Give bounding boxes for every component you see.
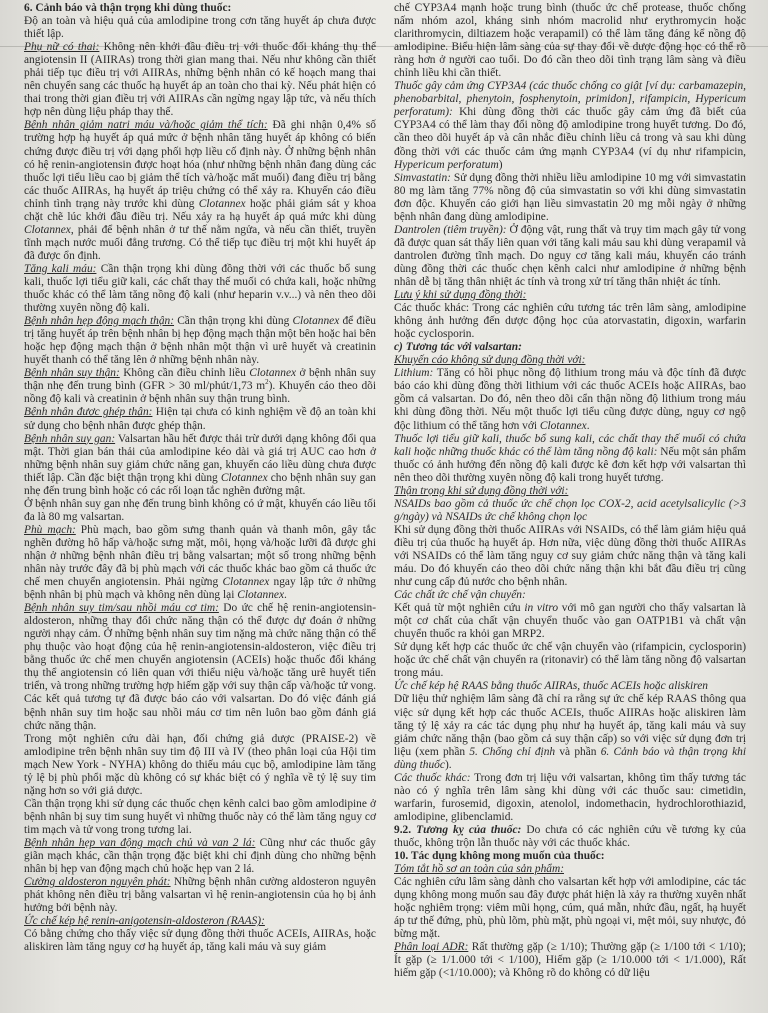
text-run: Các thuốc khác: [394,772,471,784]
text-run: Các chất ức chế vận chuyển: [394,589,526,601]
paragraph: Lithium: Tăng có hồi phục nồng độ lithiu… [394,367,746,432]
paragraph: chế CYP3A4 mạnh hoặc trung bình (thuốc ứ… [394,2,746,80]
paragraph: Sử dụng kết hợp các thuốc ức chế vận chu… [394,641,746,680]
section-label: Bệnh nhân giảm natri máu và/hoặc giảm th… [24,119,268,131]
text-run: 9.2. [394,824,416,836]
paragraph: Kết quả từ một nghiên cứu in vitro với m… [394,602,746,641]
section-label: Bệnh nhân suy tim/sau nhồi máu cơ tim: [24,602,219,614]
text-run: NSAIDs bao gồm cả thuốc ức chế chọn lọc … [394,498,746,523]
paragraph: Cường aldosteron nguyên phát: Những bệnh… [24,876,376,915]
section-label: Bệnh nhân được ghép thận: [24,406,152,418]
text-run: Dantrolen (tiêm truyền): [394,224,507,236]
paragraph: Các thuốc khác: Trong đơn trị liệu với v… [394,772,746,824]
text-run: Tương kỵ của thuốc: [416,824,521,836]
section-heading: 6. Cảnh báo và thận trọng khi dùng thuốc… [24,2,231,14]
section-label: Bệnh nhân suy gan: [24,433,115,445]
text-run: c) Tương tác với valsartan: [394,341,522,353]
text-run: Lithium: [394,367,433,379]
paragraph: Có bằng chứng cho thấy việc sử dụng đồng… [24,928,376,954]
paragraph: Bệnh nhân hẹp động mạch thận: Cần thận t… [24,315,376,367]
text-run: 5. Chống chỉ định [469,746,555,758]
text-run: Do ức chế hệ renin-angiotensin-aldostero… [24,602,376,731]
paragraph: Khuyến cáo không sử dụng đồng thời với: [394,354,746,367]
paragraph: Dữ liệu thử nghiệm lâm sàng đã chỉ ra rằ… [394,693,746,771]
text-run: Hypericum perforatum [394,159,499,171]
section-label: Phân loại ADR: [394,941,468,953]
paragraph: Phù mạch: Phù mạch, bao gồm sưng thanh q… [24,524,376,602]
text-run: Các thuốc khác: Trong các nghiên cứu tươ… [394,302,746,340]
section-label: Phù mạch: [24,524,76,536]
right-column: chế CYP3A4 mạnh hoặc trung bình (thuốc ứ… [394,2,746,981]
leaflet-page: 6. Cảnh báo và thận trọng khi dùng thuốc… [0,0,768,1013]
section-label: Khuyến cáo không sử dụng đồng thời với: [394,354,585,366]
paragraph: Thuốc lợi tiểu giữ kali, thuốc bổ sung k… [394,433,746,485]
paragraph: Khi sử dụng đồng thời thuốc AIIRAs với N… [394,524,746,589]
paragraph: 6. Cảnh báo và thận trọng khi dùng thuốc… [24,2,376,15]
text-run: Clotannex [237,589,284,601]
paragraph: Tóm tắt hồ sơ an toàn của sản phẩm: [394,863,746,876]
text-run: Clotannex [221,472,268,484]
section-label: Tăng kali máu: [24,263,96,275]
paragraph: Tăng kali máu: Cần thận trọng khi dùng đ… [24,263,376,315]
text-run: Clotannex [249,367,296,379]
paragraph: Ức chế kép hệ RAAS bằng thuốc AIIRAs, th… [394,680,746,693]
section-heading: 10. Tác dụng không mong muốn của thuốc: [394,850,605,862]
paragraph: Phân loại ADR: Rất thường gặp (≥ 1/10); … [394,941,746,980]
text-run: Không cần điều chỉnh liều [120,367,249,379]
section-label: Phụ nữ có thai: [24,41,99,53]
text-run: và phần [555,746,601,758]
paragraph: Bệnh nhân được ghép thận: Hiện tại chưa … [24,406,376,432]
paragraph: Bệnh nhân hẹp van động mạch chủ và van 2… [24,837,376,876]
text-run: . [284,589,287,601]
text-run: Đã ghi nhận 0,4% số trường hợp hạ huyết … [24,119,376,209]
text-run: Clotannex [199,198,246,210]
paragraph: Các chất ức chế vận chuyển: [394,589,746,602]
section-label: Bệnh nhân hẹp động mạch thận: [24,315,174,327]
paragraph: Các thuốc khác: Trong các nghiên cứu tươ… [394,302,746,341]
section-label: Thận trọng khi sử dụng đồng thời với: [394,485,568,497]
paragraph: Bệnh nhân giảm natri máu và/hoặc giảm th… [24,119,376,263]
text-run: Các nghiên cứu lâm sàng dành cho valsart… [394,876,746,940]
paragraph: 10. Tác dụng không mong muốn của thuốc: [394,850,746,863]
text-run: Trong một nghiên cứu dài hạn, đối chứng … [24,733,376,797]
section-label: Cường aldosteron nguyên phát: [24,876,171,888]
paragraph: Cần thận trọng khi sử dụng các thuốc chẹ… [24,798,376,837]
text-run: Clotannex [292,315,339,327]
text-run: Ức chế kép hệ RAAS bằng thuốc AIIRAs, th… [394,680,708,692]
paragraph: c) Tương tác với valsartan: [394,341,746,354]
text-run: Kết quả từ một nghiên cứu [394,602,524,614]
paragraph: Dantrolen (tiêm truyền): Ở động vật, run… [394,224,746,289]
text-run: Khi sử dụng đồng thời thuốc AIIRAs với N… [394,524,746,588]
text-run: . [587,420,590,432]
section-label: Bệnh nhân suy thận: [24,367,120,379]
text-run: chế CYP3A4 mạnh hoặc trung bình (thuốc ứ… [394,2,746,79]
text-run: Cần thận trọng khi dùng [174,315,292,327]
text-run: Simvastatin: [394,172,451,184]
text-run: in vitro [524,602,558,614]
paragraph: Bệnh nhân suy gan: Valsartan hầu hết đượ… [24,433,376,498]
paragraph: NSAIDs bao gồm cả thuốc ức chế chọn lọc … [394,498,746,524]
paragraph: Bệnh nhân suy tim/sau nhồi máu cơ tim: D… [24,602,376,732]
left-column: 6. Cảnh báo và thận trọng khi dùng thuốc… [24,2,376,954]
paragraph: Simvastatin: Sử dụng đồng thời nhiều liề… [394,172,746,224]
paragraph: Ức chế kép hệ renin-anigotensin-aldoster… [24,915,376,928]
text-run: Sử dụng kết hợp các thuốc ức chế vận chu… [394,641,746,679]
paragraph: Bệnh nhân suy thận: Không cần điều chỉnh… [24,367,376,406]
text-run: ). [445,759,452,771]
section-label: Lưu ý khi sử dụng đồng thời: [394,289,526,301]
text-run: Clotannex [222,576,269,588]
paragraph: 9.2. Tương kỵ của thuốc: Do chưa có các … [394,824,746,850]
section-label: Ức chế kép hệ renin-anigotensin-aldoster… [24,915,265,927]
text-run: Có bằng chứng cho thấy việc sử dụng đồng… [24,928,376,953]
section-label: Tóm tắt hồ sơ an toàn của sản phẩm: [394,863,564,875]
text-run: Cần thận trọng khi sử dụng các thuốc chẹ… [24,798,376,836]
text-run: Clotannex [24,224,71,236]
paragraph: Ở bệnh nhân suy gan nhẹ đến trung bình k… [24,498,376,524]
paragraph: Phụ nữ có thai: Không nên khởi đầu điều … [24,41,376,119]
text-run: Clotannex [540,420,587,432]
text-run: Ở bệnh nhân suy gan nhẹ đến trung bình k… [24,498,376,523]
paragraph: Lưu ý khi sử dụng đồng thời: [394,289,746,302]
paragraph: Trong một nghiên cứu dài hạn, đối chứng … [24,733,376,798]
text-run: ) [499,159,503,171]
text-run: Độ an toàn và hiệu quả của amlodipine tr… [24,15,376,40]
paragraph: Độ an toàn và hiệu quả của amlodipine tr… [24,15,376,41]
paragraph: Các nghiên cứu lâm sàng dành cho valsart… [394,876,746,941]
section-label: Bệnh nhân hẹp van động mạch chủ và van 2… [24,837,255,849]
paragraph: Thuốc gây cảm ứng CYP3A4 (các thuốc chốn… [394,80,746,171]
paragraph: Thận trọng khi sử dụng đồng thời với: [394,485,746,498]
text-run: , phải để bệnh nhân ở tư thế nằm ngửa, v… [24,224,376,262]
